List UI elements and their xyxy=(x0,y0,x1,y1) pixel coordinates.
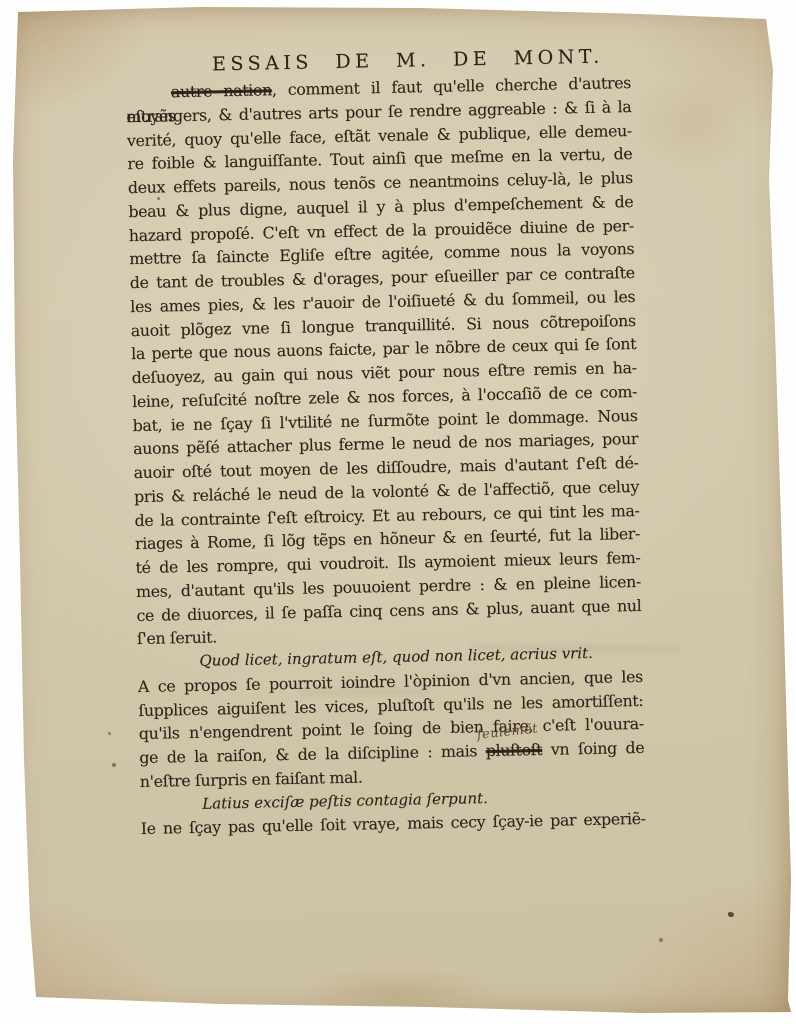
line-text: vn ſoing de xyxy=(542,738,644,759)
scanned-book-page: ESSAIS DE M. DE MONT. autre nation, comm… xyxy=(0,0,796,1024)
body-text: autre nation, comment il faut qu'elle ch… xyxy=(126,71,646,841)
line-text: ge de la raiſon, & de la diſcipline : ma… xyxy=(139,741,486,767)
foxing-speck xyxy=(659,938,663,942)
foxing-speck xyxy=(108,732,111,735)
foxing-speck xyxy=(728,912,734,917)
text-block: ESSAIS DE M. DE MONT. autre nation, comm… xyxy=(125,41,646,841)
foxing-speck xyxy=(112,763,116,767)
struck-text: autre nation xyxy=(171,80,272,101)
struck-text: pluſtoſt xyxy=(486,740,543,760)
